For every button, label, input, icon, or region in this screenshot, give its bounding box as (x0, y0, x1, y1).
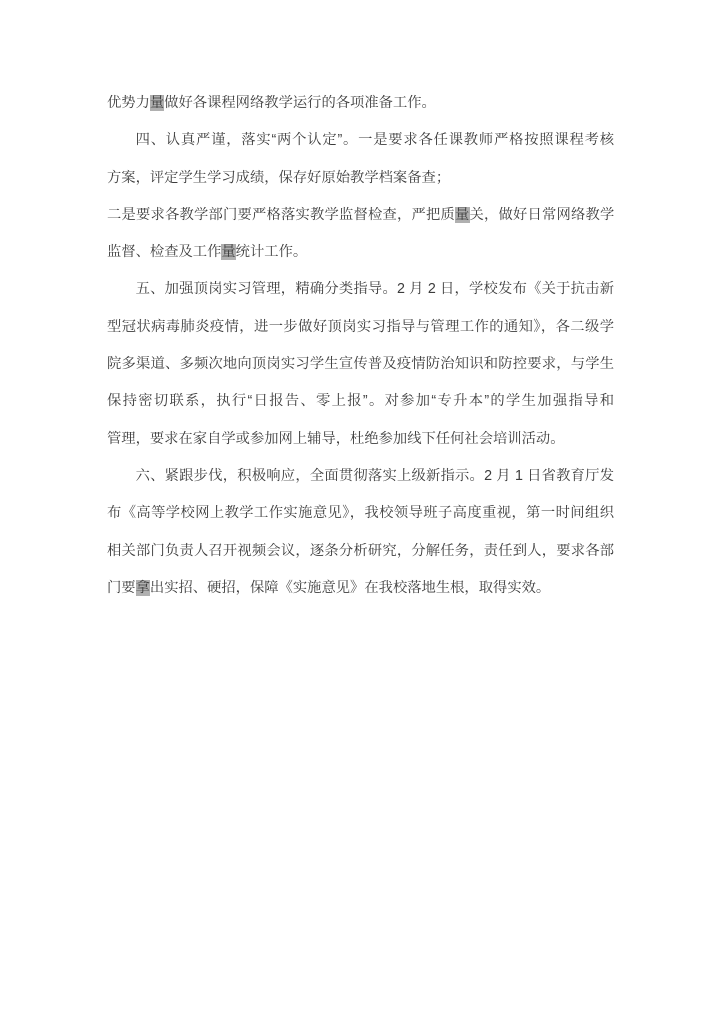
text-line: 相关部门负责人召开视频会议，逐条分析研究，分解任务，责任到人，要求各部 (107, 533, 614, 570)
text-line: 保持密切联系，执行“日报告、零上报”。对参加“专升本”的学生加强指导和 (107, 383, 614, 420)
paragraph: 六、紧跟步伐，积极响应，全面贯彻落实上级新指示。2 月 1 日省教育厅发布《高等… (107, 458, 614, 607)
shaded-character: 量 (150, 95, 164, 111)
text-line: 布《高等学校网上教学工作实施意见》，我校领导班子高度重视，第一时间组织 (107, 495, 614, 532)
paragraph: 四、认真严谨，落实“两个认定”。一是要求各任课教师严格按照课程考核方案，评定学生… (107, 122, 614, 197)
paragraph: 优势力量做好各课程网络教学运行的各项准备工作。 (107, 85, 614, 122)
text-line: 管理，要求在家自学或参加网上辅导，杜绝参加线下任何社会培训活动。 (107, 421, 614, 458)
paragraph: 二是要求各教学部门要严格落实教学监督检查，严把质量关，做好日常网络教学监督、检查… (107, 197, 614, 272)
text-line: 门要拿出实招、硬招，保障《实施意见》在我校落地生根，取得实效。 (107, 570, 614, 607)
text-line: 五、加强顶岗实习管理，精确分类指导。2 月 2 日，学校发布《关于抗击新 (107, 271, 614, 308)
document-page: 优势力量做好各课程网络教学运行的各项准备工作。四、认真严谨，落实“两个认定”。一… (0, 0, 720, 1020)
shaded-character: 量 (221, 244, 235, 260)
text-line: 型冠状病毒肺炎疫情，进一步做好顶岗实习指导与管理工作的通知》，各二级学 (107, 309, 614, 346)
shaded-character: 量 (455, 207, 470, 223)
document-text: 优势力量做好各课程网络教学运行的各项准备工作。四、认真严谨，落实“两个认定”。一… (107, 85, 614, 607)
text-line: 四、认真严谨，落实“两个认定”。一是要求各任课教师严格按照课程考核 (107, 122, 614, 159)
text-line: 六、紧跟步伐，积极响应，全面贯彻落实上级新指示。2 月 1 日省教育厅发 (107, 458, 614, 495)
text-line: 院多渠道、多频次地向顶岗实习学生宣传普及疫情防治知识和防控要求，与学生 (107, 346, 614, 383)
shaded-character: 拿 (136, 580, 150, 596)
text-line: 监督、检查及工作量统计工作。 (107, 234, 614, 271)
text-line: 二是要求各教学部门要严格落实教学监督检查，严把质量关，做好日常网络教学 (107, 197, 614, 234)
paragraph: 五、加强顶岗实习管理，精确分类指导。2 月 2 日，学校发布《关于抗击新型冠状病… (107, 271, 614, 457)
text-line: 方案，评定学生学习成绩，保存好原始教学档案备查； (107, 160, 614, 197)
text-line: 优势力量做好各课程网络教学运行的各项准备工作。 (107, 85, 614, 122)
